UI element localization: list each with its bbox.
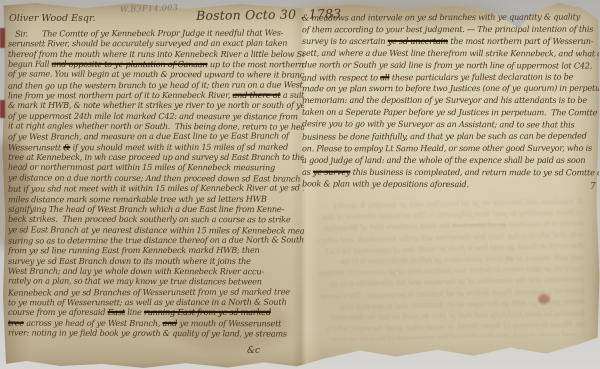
manuscript-line: beck strikes. Then proceed back southerl…	[8, 214, 304, 225]
manuscript-line: signifying The head of West Branch which…	[8, 204, 304, 214]
manuscript-line: but if you shd not meet with it within 1…	[8, 183, 304, 195]
manuscript-photo: & meadows and intervale on ye sd branche…	[0, 0, 600, 369]
manuscript-line: due north or South ye said line is from …	[302, 59, 599, 72]
marginal-mark: 7	[590, 182, 596, 192]
letter-body-right-column: & meadows and intervale on ye sd branche…	[302, 12, 599, 197]
letter-body-left-column: Sir. The Comtte of ye Kennebeck Propr Ju…	[8, 28, 304, 353]
manuscript-line: as ye survey this business is compleated…	[302, 166, 599, 179]
manuscript-line: survey is to ascertain ye sd uncertain t…	[302, 36, 599, 48]
manuscript-line: serunsett River, should be accurately su…	[8, 38, 304, 49]
manuscript-line: of ye West Branch, and measure on a due …	[8, 131, 304, 143]
manuscript-line: river: noting in ye field book ye growth…	[8, 327, 304, 339]
manuscript-line: & mark it HWB, & note whether it strikes…	[8, 100, 304, 110]
manuscript-line: Wesserunsett & if you should meet with i…	[8, 141, 304, 152]
manuscript-line: business be done faithfully, and that ye…	[302, 130, 599, 143]
manuscript-line: miles distance mark some remarkable tree…	[8, 193, 304, 204]
manuscript-line: survey ye sd East Branch down to its mou…	[8, 256, 304, 266]
manuscript-line: rately on a plan, so that we may know ye…	[8, 276, 304, 288]
manuscript-line: sett, and where a due West line therefro…	[302, 47, 599, 60]
manuscript-line: from ye sd line running East from Kenneb…	[8, 245, 304, 256]
manuscript-line: of them according to your best judgment.…	[302, 24, 599, 37]
recipient-line: Oliver Wood Esqr.	[9, 13, 95, 24]
manuscript-line: line from ye most northern part of it to…	[8, 90, 304, 101]
red-edge-mark	[0, 100, 5, 118]
manuscript-line: course from ye aforesaid East line runni…	[8, 307, 304, 317]
manuscript-line: & meadows and intervale on ye sd branche…	[302, 12, 599, 25]
manuscript-line: a good judge of land: and the whole of t…	[302, 155, 599, 167]
manuscript-line: thereof from the mouth where it runs int…	[8, 49, 304, 59]
manuscript-line: to ye mouth of Wesserunsett; as well as …	[8, 297, 304, 308]
manuscript-line: made on ye plan sworn to before two Just…	[302, 83, 599, 96]
ghost-bleedthrough-text: & meadows and intervale on ye sd branche…	[317, 195, 586, 341]
closing-mark: &c	[247, 346, 260, 356]
red-edge-mark	[0, 28, 5, 48]
manuscript-line: book & plan with ye depositions aforesai…	[302, 178, 599, 191]
manuscript-line: head or northernmost part within 15 mile…	[8, 162, 304, 173]
manuscript-line: memoriam: and the deposition of ye Surve…	[302, 95, 599, 107]
manuscript-line: on. Please to employ Lt Samo Heald, or s…	[302, 143, 599, 156]
